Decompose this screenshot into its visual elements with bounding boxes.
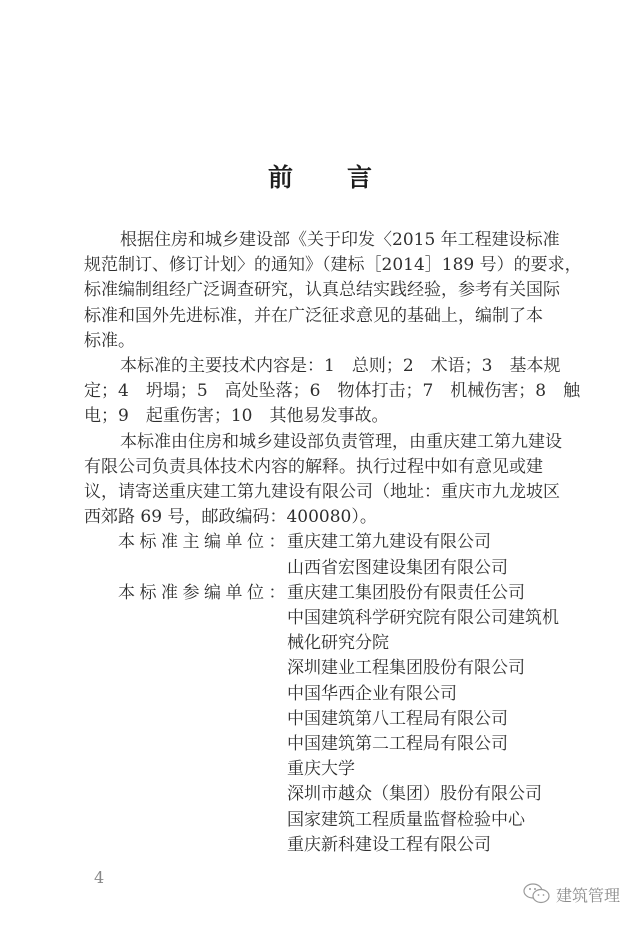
- text-line: 议，请寄送重庆建工第九建设有限公司（地址：重庆市九龙坡区: [84, 480, 550, 505]
- title-char-1: 前: [268, 158, 293, 194]
- text-line: 定；4 坍塌；5 高处坠落；6 物体打击；7 机械伤害；8 触: [84, 379, 550, 404]
- text-line: 根据住房和城乡建设部《关于印发〈2015 年工程建设标准: [84, 228, 550, 253]
- preface-body: 根据住房和城乡建设部《关于印发〈2015 年工程建设标准 规范制订、修订计划〉的…: [84, 228, 550, 858]
- paragraph-management: 本标准由住房和城乡建设部负责管理，由重庆建工第九建设 有限公司负责具体技术内容的…: [84, 430, 550, 531]
- org-name: 重庆建工集团股份有限责任公司: [287, 581, 525, 606]
- org-name: 深圳市越众（集团）股份有限公司: [287, 782, 542, 807]
- participating-editor-label: 本标准参编单位：: [84, 581, 287, 606]
- paragraph-basis: 根据住房和城乡建设部《关于印发〈2015 年工程建设标准 规范制订、修订计划〉的…: [84, 228, 550, 354]
- text-line: 电；9 起重伤害；10 其他易发事故。: [84, 404, 550, 429]
- text-line: 本标准的主要技术内容是：1 总则；2 术语；3 基本规: [84, 354, 550, 379]
- watermark-text: 建筑管理: [556, 883, 620, 906]
- text-line: 本标准由住房和城乡建设部负责管理，由重庆建工第九建设: [84, 430, 550, 455]
- watermark: 建筑管理: [522, 882, 620, 906]
- page-title: 前言: [0, 158, 640, 194]
- org-name: 重庆大学: [287, 757, 355, 782]
- org-name: 中国华西企业有限公司: [287, 682, 457, 707]
- text-line: 规范制订、修订计划〉的通知》（建标［2014］189 号）的要求，: [84, 253, 550, 278]
- text-line: 标准和国外先进标准，并在广泛征求意见的基础上，编制了本: [84, 304, 550, 329]
- text-line: 西郊路 69 号，邮政编码：400080）。: [84, 505, 550, 530]
- org-name: 重庆新科建设工程有限公司: [287, 833, 491, 858]
- chief-editor-units: 本标准主编单位： 重庆建工第九建设有限公司 山西省宏图建设集团有限公司: [84, 530, 550, 580]
- participating-editor-units: 本标准参编单位： 重庆建工集团股份有限责任公司 中国建筑科学研究院有限公司建筑机…: [84, 581, 550, 858]
- text-line: 标准编制组经广泛调查研究，认真总结实践经验，参考有关国际: [84, 278, 550, 303]
- org-name: 国家建筑工程质量监督检验中心: [287, 808, 525, 833]
- page-number: 4: [94, 868, 104, 887]
- paragraph-contents: 本标准的主要技术内容是：1 总则；2 术语；3 基本规 定；4 坍塌；5 高处坠…: [84, 354, 550, 430]
- chief-editor-label: 本标准主编单位：: [84, 530, 287, 555]
- org-name: 械化研究分院: [287, 631, 389, 656]
- org-name: 中国建筑第八工程局有限公司: [287, 707, 508, 732]
- org-name: 中国建筑科学研究院有限公司建筑机: [287, 606, 559, 631]
- org-name: 重庆建工第九建设有限公司: [287, 530, 491, 555]
- title-char-2: 言: [347, 158, 372, 194]
- org-name: 深圳建业工程集团股份有限公司: [287, 656, 525, 681]
- org-name: 中国建筑第二工程局有限公司: [287, 732, 508, 757]
- wechat-icon: [522, 882, 552, 906]
- org-name: 山西省宏图建设集团有限公司: [287, 556, 508, 581]
- text-line: 标准。: [84, 329, 550, 354]
- text-line: 有限公司负责具体技术内容的解释。执行过程中如有意见或建: [84, 455, 550, 480]
